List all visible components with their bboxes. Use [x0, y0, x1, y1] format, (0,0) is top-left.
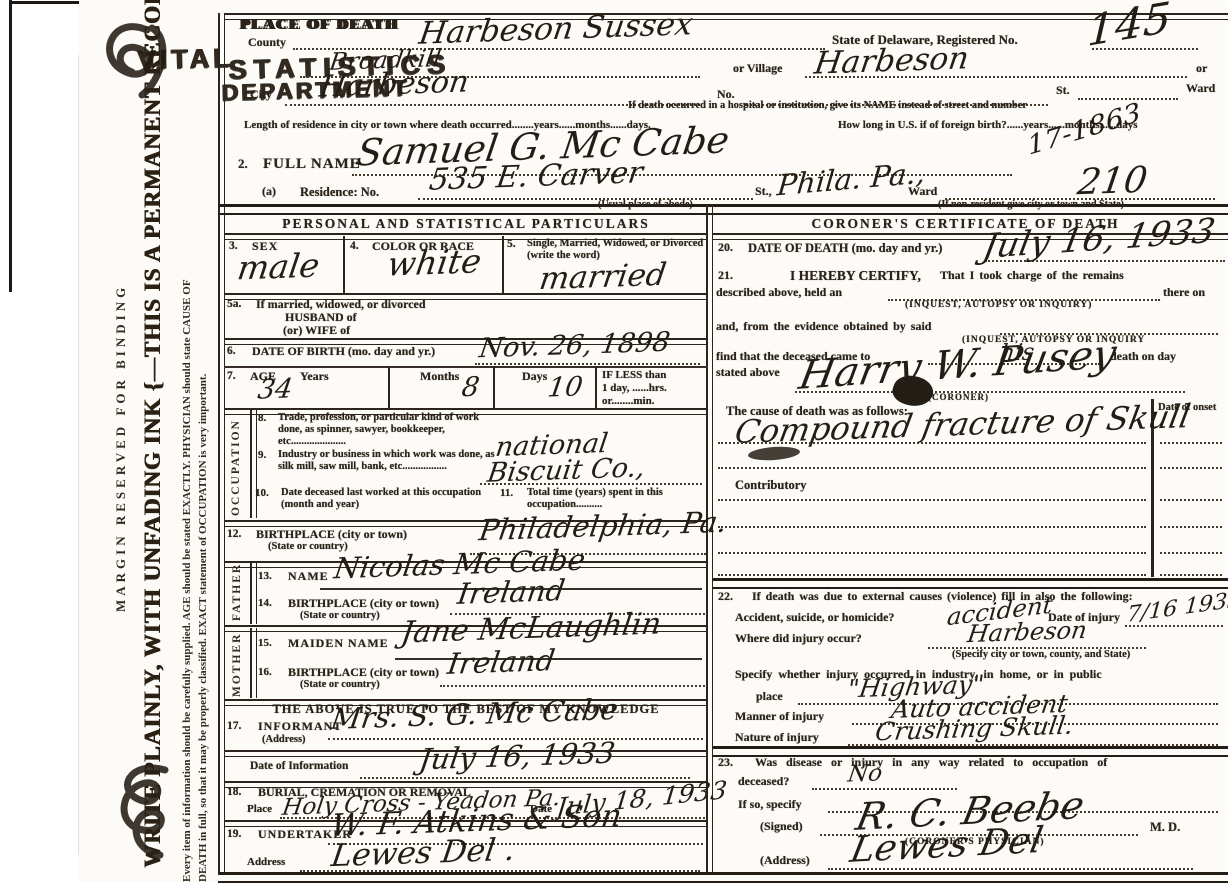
- dob-number: 6.: [227, 345, 236, 358]
- city-label: City: [250, 88, 272, 102]
- mother-side-rule: [250, 628, 257, 698]
- occ8-label: Trade, profession, or particular kind of…: [278, 412, 496, 448]
- mother-name-number: 15.: [258, 637, 272, 650]
- signed-label: (Signed): [760, 820, 803, 834]
- contributory-line2: [718, 524, 1146, 528]
- ward2-label: Ward: [908, 185, 937, 199]
- undertaker-address-label: Address: [247, 856, 285, 869]
- residence-a-label: (a): [262, 185, 276, 199]
- contributory-label: Contributory: [735, 478, 807, 492]
- residence-number-handwriting: 535 E. Carver: [427, 158, 644, 195]
- related-handwriting: No: [846, 762, 883, 786]
- address-handwriting: Lewes Del: [847, 823, 1045, 869]
- certify-sub1: (INQUEST, AUTOPSY OR INQUIRY): [905, 300, 1092, 311]
- where-sub: (Specify city or town, county, and State…: [952, 649, 1130, 661]
- fullname-label: FULL NAME: [263, 156, 361, 173]
- contributory-line3: [718, 550, 1146, 554]
- occ11-number: 11.: [500, 487, 513, 500]
- certify-bold: I HEREBY CERTIFY,: [790, 268, 921, 284]
- manner-label: Manner of injury: [735, 710, 824, 724]
- mother-bp-handwriting: Ireland: [446, 646, 557, 679]
- certify-line5: stated above: [716, 366, 780, 380]
- dob-handwriting: Nov. 26, 1898: [478, 329, 672, 363]
- occ9-number: 9.: [258, 449, 266, 462]
- birthplace-label: BIRTHPLACE (city or town): [256, 528, 407, 542]
- mother-bp-number: 16.: [258, 666, 272, 679]
- md-label: M. D.: [1150, 820, 1180, 834]
- father-bp-handwriting: Ireland: [456, 576, 567, 609]
- abode-note: (Usual place of abode): [598, 199, 693, 211]
- residence-leader: [418, 196, 753, 200]
- informant-sub: (Address): [262, 734, 306, 746]
- father-side-label: FATHER: [231, 563, 243, 621]
- st2-label: St.,: [755, 185, 772, 199]
- burial-place-label: Place: [247, 803, 272, 816]
- certify-line3: and, from the evidence obtained by said: [716, 320, 931, 334]
- age-months-label: Months: [420, 370, 459, 384]
- certify-rest: That I took charge of the remains: [940, 269, 1124, 283]
- age-less-line2: 1 day, ......hrs.: [602, 382, 667, 395]
- undertaker-address-leader: [300, 868, 700, 872]
- signature-leader: [795, 389, 1185, 393]
- margin-binding-note: MARGIN RESERVED FOR BINDING: [113, 284, 129, 612]
- age-sep3: [595, 366, 597, 408]
- age-years-label: Years: [300, 370, 329, 384]
- birthplace-handwriting: Philadelphia, Pa.: [477, 508, 728, 546]
- place-label: place: [756, 690, 783, 704]
- scan-edge-vertical: [9, 0, 12, 292]
- dod-label: DATE OF DEATH (mo. day and yr.): [748, 241, 942, 255]
- dateinfo-leader: [360, 775, 690, 779]
- occ8-number: 8.: [258, 412, 266, 425]
- related-line1: Was disease or injury in any way related…: [755, 756, 1107, 770]
- accident-label: Accident, suicide, or homicide?: [735, 611, 894, 625]
- race-number: 4.: [350, 240, 359, 253]
- occupation-side-label: OCCUPATION: [230, 419, 242, 516]
- nature-handwriting: Crushing Skull.: [874, 713, 1075, 745]
- dob-label: DATE OF BIRTH (mo. day and yr.): [252, 345, 435, 359]
- cause-line1: [718, 440, 1146, 444]
- or-label: or: [1196, 62, 1207, 76]
- margin-permanent-record-note: WRITE PLAINLY, WITH UNFADING INK {—THIS …: [140, 0, 166, 868]
- external-number: 22.: [718, 590, 733, 604]
- race-handwriting: white: [385, 244, 483, 280]
- age-years-handwriting: 34: [256, 375, 294, 403]
- scan-edge-horizontal: [9, 1, 79, 4]
- age-days-label: Days: [522, 370, 547, 384]
- contributory-line4-onset: [1160, 572, 1222, 576]
- certify-line2: described above, held an: [716, 286, 842, 300]
- mother-name-label: MAIDEN NAME: [288, 637, 389, 651]
- cause-line2: [718, 465, 1146, 469]
- father-bp-label: BIRTHPLACE (city or town): [288, 597, 439, 611]
- informant-number: 17.: [227, 720, 241, 733]
- related-leader: [812, 786, 957, 790]
- age-less-line1: IF LESS than: [602, 369, 666, 382]
- form-title: PLACE OF DEATH: [240, 17, 399, 34]
- cause-line2-onset: [1160, 465, 1222, 469]
- mother-bp-label: BIRTHPLACE (city or town): [288, 666, 439, 680]
- external-line1: If death was due to external causes (vio…: [752, 590, 1133, 604]
- dod-number: 20.: [718, 241, 733, 255]
- contributory-line3-onset: [1160, 550, 1222, 554]
- dob-rule: [224, 366, 708, 368]
- age-sep2: [493, 366, 495, 408]
- paper-left-shadow: [78, 55, 79, 855]
- county-label: County: [248, 36, 286, 50]
- occ10-label: Date deceased last worked at this occupa…: [281, 487, 491, 511]
- father-side-rule: [250, 563, 257, 624]
- contributory-line1: [718, 497, 1146, 501]
- residence-label: Residence: No.: [300, 185, 379, 199]
- dateinfo-label: Date of Information: [250, 760, 348, 773]
- father-bp-sub: (State or country): [300, 610, 380, 622]
- where-handwriting: Harbeson: [966, 618, 1089, 646]
- ward2-handwriting: 210: [1075, 163, 1149, 201]
- mother-name-handwriting: Jane McLaughlin: [399, 610, 663, 649]
- village-leader: [805, 74, 1187, 78]
- nature-label: Nature of injury: [735, 731, 819, 745]
- city-handwriting: Harbeson: [317, 67, 470, 102]
- age-sep1: [388, 366, 390, 408]
- sex-handwriting: male: [235, 249, 321, 285]
- contributory-line1-onset: [1160, 497, 1222, 501]
- address-label: (Address): [760, 854, 810, 868]
- occ9-label: Industry or business in which work was d…: [278, 449, 496, 473]
- undertaker-number: 19.: [227, 828, 241, 841]
- hospital-note: If death occurred in a hospital or insti…: [628, 100, 1027, 112]
- sex-race-separator: [343, 236, 345, 293]
- village-label: or Village: [733, 62, 782, 76]
- certify-line4b: death on day: [1110, 350, 1176, 364]
- related-number: 23.: [718, 756, 733, 770]
- occupation-side-rule: [250, 410, 257, 518]
- cause-section-rule: [713, 578, 1228, 589]
- ink-flourish-bottom-left: [105, 755, 215, 875]
- form-left-border: [218, 13, 225, 874]
- age-days-handwriting: 10: [546, 373, 584, 401]
- nonresident-note: (If non-resident give city or town and S…: [938, 199, 1124, 211]
- mother-bp-leader: [440, 683, 705, 687]
- dateinfo-handwriting: July 16, 1933: [417, 739, 617, 775]
- contributory-line4: [718, 572, 1146, 576]
- age-less-line3: or........min.: [602, 395, 654, 408]
- marital-number: 5.: [507, 238, 516, 251]
- death-certificate-scan: MARGIN RESERVED FOR BINDING WRITE PLAINL…: [0, 0, 1228, 893]
- marital-handwriting: married: [537, 260, 668, 295]
- undertaker-address-handwriting: Lewes Del .: [329, 835, 517, 872]
- related-line2: deceased?: [738, 775, 789, 789]
- where-label: Where did injury occur?: [735, 632, 862, 646]
- mother-bp-sub: (State or country): [300, 679, 380, 691]
- item5a-wife: (or) WIFE of: [283, 324, 350, 338]
- certify-number: 21.: [718, 269, 733, 283]
- father-name-number: 13.: [258, 570, 272, 583]
- mother-side-label: MOTHER: [231, 633, 243, 697]
- contributory-line2-onset: [1160, 524, 1222, 528]
- ifso-label: If so, specify: [738, 798, 802, 812]
- ward-label: Ward: [1186, 82, 1215, 96]
- race-marital-separator: [502, 236, 504, 293]
- st-label: St.: [1056, 84, 1070, 98]
- cause-line1-onset: [1160, 440, 1222, 444]
- father-bp-number: 14.: [258, 597, 272, 610]
- burial-number: 18.: [227, 786, 241, 799]
- birthplace-number: 12.: [227, 528, 241, 541]
- fullname-number: 2.: [238, 157, 248, 172]
- personal-section-title: PERSONAL AND STATISTICAL PARTICULARS: [224, 216, 708, 232]
- form-bottom-border: [218, 872, 1228, 883]
- coroner-sig-sub: (CORONER): [928, 392, 989, 402]
- age-number: 7.: [227, 370, 236, 383]
- occ9-leader: [480, 481, 702, 485]
- item5a-number: 5a.: [227, 298, 241, 311]
- occ10-number: 10.: [255, 487, 269, 500]
- certify-thereon: there on: [1163, 286, 1205, 300]
- sex-number: 3.: [229, 240, 238, 253]
- father-name-label: NAME: [288, 570, 329, 584]
